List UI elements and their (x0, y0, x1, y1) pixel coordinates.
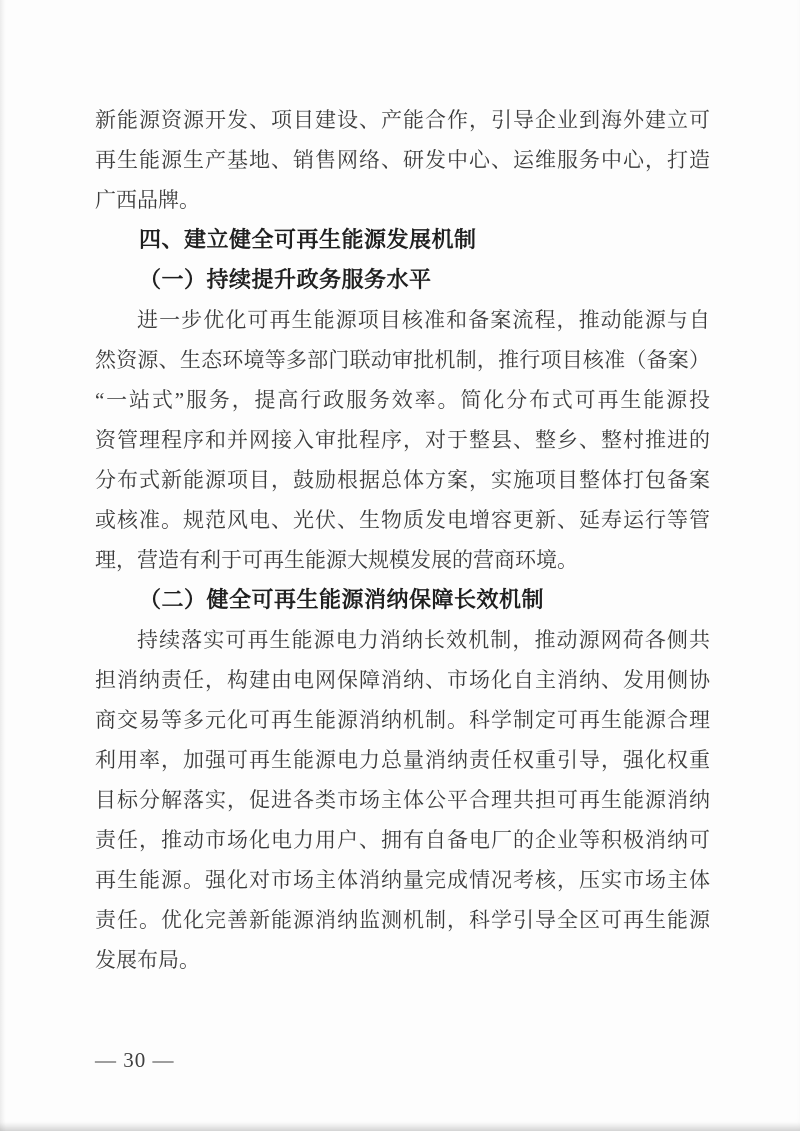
body-line: 再生能源生产基地、销售网络、研发中心、运维服务中心，打造 (95, 140, 710, 180)
body-line: 持续落实可再生能源电力消纳长效机制，推动源网荷各侧共 (95, 620, 710, 660)
body-line: 新能源资源开发、项目建设、产能合作，引导企业到海外建立可 (95, 100, 710, 140)
body-line: “一站式”服务，提高行政服务效率。简化分布式可再生能源投 (95, 380, 710, 420)
body-line: 责任，推动市场化电力用户、拥有自备电厂的企业等积极消纳可 (95, 820, 710, 860)
body-line: 责任。优化完善新能源消纳监测机制，科学引导全区可再生能源 (95, 900, 710, 940)
body-line: 利用率，加强可再生能源电力总量消纳责任权重引导，强化权重 (95, 740, 710, 780)
body-line: 或核准。规范风电、光伏、生物质发电增容更新、延寿运行等管 (95, 500, 710, 540)
body-line: 担消纳责任，构建由电网保障消纳、市场化自主消纳、发用侧协 (95, 660, 710, 700)
body-line: 目标分解落实，促进各类市场主体公平合理共担可再生能源消纳 (95, 780, 710, 820)
body-line: 资管理程序和并网接入审批程序，对于整县、整乡、整村推进的 (95, 420, 710, 460)
body-line: 商交易等多元化可再生能源消纳机制。科学制定可再生能源合理 (95, 700, 710, 740)
body-line: 广西品牌。 (95, 180, 710, 220)
body-line: 分布式新能源项目，鼓励根据总体方案，实施项目整体打包备案 (95, 460, 710, 500)
section-heading: 四、建立健全可再生能源发展机制 (95, 220, 710, 260)
page-number: — 30 — (0, 1040, 800, 1080)
subsection-heading: （二）健全可再生能源消纳保障长效机制 (95, 580, 710, 620)
body-line: 进一步优化可再生能源项目核准和备案流程，推动能源与自 (95, 300, 710, 340)
body-line: 发展布局。 (95, 940, 710, 980)
text-block: 新能源资源开发、项目建设、产能合作，引导企业到海外建立可再生能源生产基地、销售网… (0, 0, 800, 980)
body-line: 然资源、生态环境等多部门联动审批机制，推行项目核准（备案） (95, 340, 710, 380)
body-line: 理，营造有利于可再生能源大规模发展的营商环境。 (95, 540, 710, 580)
scan-artifact-bottom-edge (0, 1122, 800, 1131)
body-line: 再生能源。强化对市场主体消纳量完成情况考核，压实市场主体 (95, 860, 710, 900)
subsection-heading: （一）持续提升政务服务水平 (95, 260, 710, 300)
document-page: 新能源资源开发、项目建设、产能合作，引导企业到海外建立可再生能源生产基地、销售网… (0, 0, 800, 1131)
